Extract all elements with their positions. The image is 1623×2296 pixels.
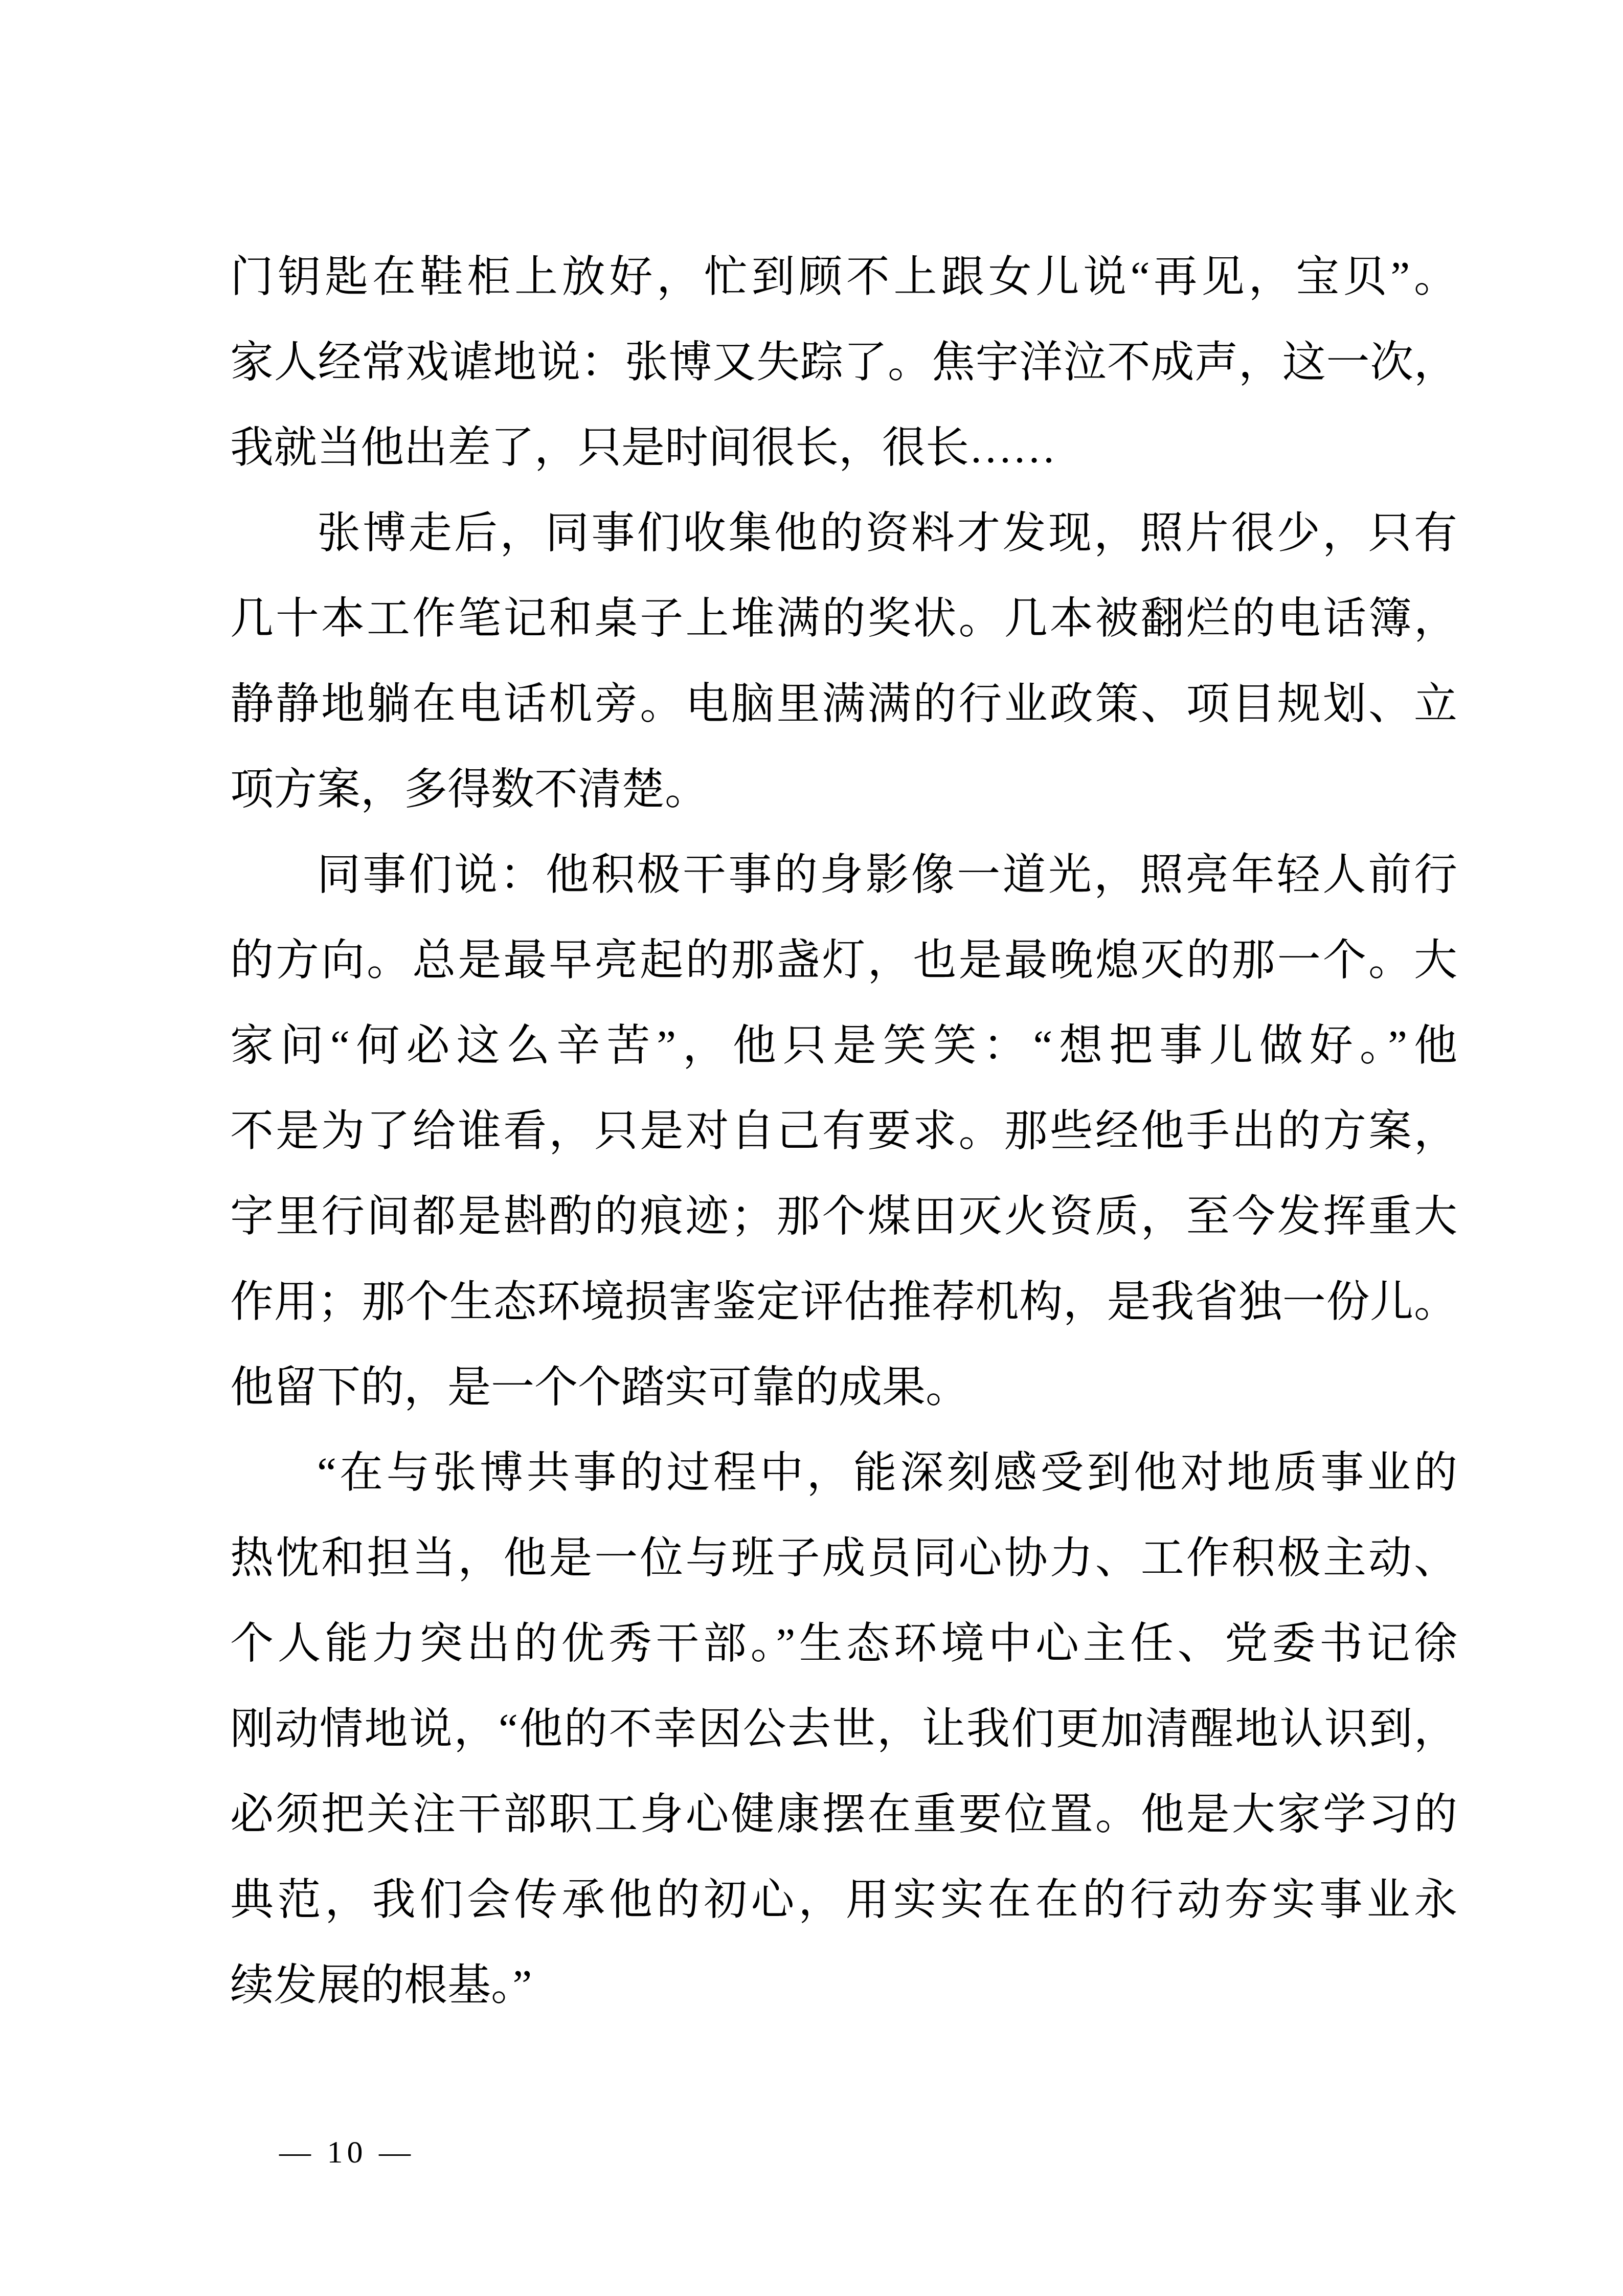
- text-line: 典范，我们会传承他的初心，用实实在在的行动夯实事业永: [230, 1858, 1457, 1943]
- text-line: 他留下的，是一个个踏实可靠的成果。: [230, 1345, 1457, 1431]
- text-line: 几十本工作笔记和桌子上堆满的奖状。几本被翻烂的电话簿，: [230, 576, 1457, 662]
- page-footer: — 10 —: [231, 2076, 415, 2229]
- text-line: 不是为了给谁看，只是对自己有要求。那些经他手出的方案，: [230, 1089, 1457, 1174]
- text-line: 门钥匙在鞋柜上放好，忙到顾不上跟女儿说“再见，宝贝”。: [230, 235, 1457, 320]
- text-line: 字里行间都是斟酌的痕迹；那个煤田灭火资质，至今发挥重大: [230, 1174, 1457, 1260]
- document-body: 门钥匙在鞋柜上放好，忙到顾不上跟女儿说“再见，宝贝”。 家人经常戏谑地说：张博又…: [230, 235, 1457, 2028]
- text-line: 家人经常戏谑地说：张博又失踪了。焦宇洋泣不成声，这一次，: [230, 320, 1457, 406]
- text-line: 家问“何必这么辛苦”，他只是笑笑：“想把事儿做好。”他: [230, 1004, 1457, 1089]
- page-number: — 10 —: [279, 2135, 415, 2170]
- document-page: 门钥匙在鞋柜上放好，忙到顾不上跟女儿说“再见，宝贝”。 家人经常戏谑地说：张博又…: [0, 0, 1623, 2296]
- paragraph: 门钥匙在鞋柜上放好，忙到顾不上跟女儿说“再见，宝贝”。 家人经常戏谑地说：张博又…: [230, 235, 1457, 491]
- text-line: 张博走后，同事们收集他的资料才发现，照片很少，只有: [230, 491, 1457, 576]
- text-line: 刚动情地说，“他的不幸因公去世，让我们更加清醒地认识到，: [230, 1687, 1457, 1772]
- text-line: 个人能力突出的优秀干部。”生态环境中心主任、党委书记徐: [230, 1601, 1457, 1687]
- text-line: 同事们说：他积极干事的身影像一道光，照亮年轻人前行: [230, 833, 1457, 918]
- text-line: 我就当他出差了，只是时间很长，很长……: [230, 406, 1457, 491]
- text-line: 项方案，多得数不清楚。: [230, 747, 1457, 833]
- text-line: 的方向。总是最早亮起的那盏灯，也是最晚熄灭的那一个。大: [230, 918, 1457, 1004]
- text-line: 必须把关注干部职工身心健康摆在重要位置。他是大家学习的: [230, 1772, 1457, 1858]
- text-line: 静静地躺在电话机旁。电脑里满满的行业政策、项目规划、立: [230, 662, 1457, 747]
- text-line: “在与张博共事的过程中，能深刻感受到他对地质事业的: [230, 1431, 1457, 1516]
- paragraph: 张博走后，同事们收集他的资料才发现，照片很少，只有 几十本工作笔记和桌子上堆满的…: [230, 491, 1457, 833]
- text-line: 作用；那个生态环境损害鉴定评估推荐机构，是我省独一份儿。: [230, 1260, 1457, 1345]
- text-line: 热忱和担当，他是一位与班子成员同心协力、工作积极主动、: [230, 1516, 1457, 1601]
- paragraph: 同事们说：他积极干事的身影像一道光，照亮年轻人前行 的方向。总是最早亮起的那盏灯…: [230, 833, 1457, 1431]
- paragraph: “在与张博共事的过程中，能深刻感受到他对地质事业的 热忱和担当，他是一位与班子成…: [230, 1431, 1457, 2028]
- text-line: 续发展的根基。”: [230, 1943, 1457, 2028]
